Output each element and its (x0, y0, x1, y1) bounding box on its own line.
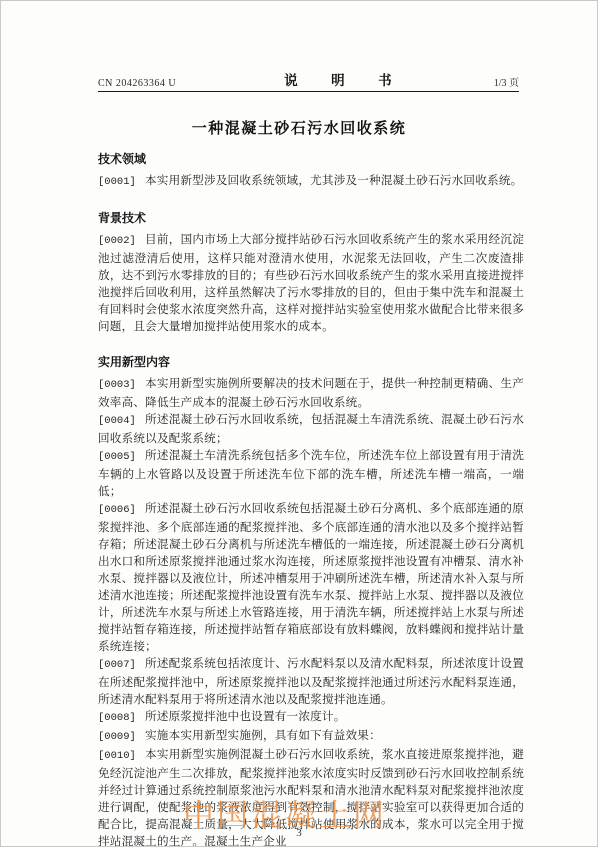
page-header: CN 204263364 U 说 明 书 1/3 页 (98, 69, 519, 89)
paragraph-number: [0001] (98, 174, 145, 191)
paragraph-0003: [0003]本实用新型实施例所要解决的技术问题在于，提供一种控制更精确、生产效率… (98, 375, 524, 411)
paragraph-number: [0010] (98, 748, 145, 765)
paragraph-0004: [0004]所述混凝土砂石污水回收系统，包括混凝土车清洗系统、混凝土砂石污水回收… (98, 411, 524, 447)
paragraph-text: 实施本实用新型实施例，具有如下有益效果： (145, 729, 381, 742)
paragraph-number: [0002] (98, 233, 145, 250)
section-heading-technical-field: 技术领域 (98, 151, 524, 168)
paragraph-text: 所述配浆系统包括浓度计、污水配料泵以及清水配料泵，所述浓度计设置在所述配浆搅拌池… (98, 657, 524, 706)
section-utility-model-content: 实用新型内容 [0003]本实用新型实施例所要解决的技术问题在于，提供一种控制更… (98, 354, 524, 847)
paragraph-0006: [0006]所述混凝土砂石污水回收系统包括混凝土砂石分离机、多个底部连通的原浆搅… (98, 500, 524, 655)
paragraph-text: 所述混凝土砂石污水回收系统包括混凝土砂石分离机、多个底部连通的原浆搅拌池、多个底… (98, 502, 524, 653)
paragraph-text: 本实用新型涉及回收系统领域，尤其涉及一种混凝土砂石污水回收系统。 (145, 174, 522, 187)
section-heading-background-art: 背景技术 (98, 210, 524, 227)
patent-title: 一种混凝土砂石污水回收系统 (1, 117, 597, 138)
paragraph-text: 所述混凝土车清洗系统包括多个洗车位，所述洗车位上部设置有用于清洗车辆的上水管路以… (98, 449, 524, 498)
paragraph-number: [0009] (98, 729, 145, 746)
paragraph-0002: [0002]目前，国内市场上大部分搅拌站砂石污水回收系统产生的浆水采用经沉淀池过… (98, 231, 524, 335)
paragraph-number: [0004] (98, 413, 145, 430)
section-heading-utility-model-content: 实用新型内容 (98, 354, 524, 371)
paragraph-0008: [0008]所述原浆搅拌池中也设置有一浓度计。 (98, 708, 524, 727)
document-number: CN 204263364 U (98, 78, 176, 89)
paragraph-text: 所述混凝土砂石污水回收系统，包括混凝土车清洗系统、混凝土砂石污水回收系统以及配浆… (98, 413, 524, 445)
paragraph-0009: [0009]实施本实用新型实施例，具有如下有益效果： (98, 727, 524, 746)
specification-body: 技术领域 [0001]本实用新型涉及回收系统领域，尤其涉及一种混凝土砂石污水回收… (98, 151, 524, 847)
paragraph-text: 本实用新型实施例所要解决的技术问题在于，提供一种控制更精确、生产效率高、降低生产… (98, 377, 524, 409)
patent-specification-page: CN 204263364 U 说 明 书 1/3 页 一种混凝土砂石污水回收系统… (0, 0, 598, 847)
page-indicator: 1/3 页 (494, 74, 519, 89)
document-type-label: 说 明 书 (284, 69, 402, 89)
header-rule (98, 91, 519, 92)
paragraph-text: 所述原浆搅拌池中也设置有一浓度计。 (145, 710, 346, 723)
paragraph-0005: [0005]所述混凝土车清洗系统包括多个洗车位，所述洗车位上部设置有用于清洗车辆… (98, 447, 524, 500)
paragraph-number: [0008] (98, 710, 145, 727)
paragraph-number: [0003] (98, 377, 145, 394)
paragraph-number: [0007] (98, 657, 145, 674)
section-background-art: 背景技术 [0002]目前，国内市场上大部分搅拌站砂石污水回收系统产生的浆水采用… (98, 210, 524, 335)
paragraph-0001: [0001]本实用新型涉及回收系统领域，尤其涉及一种混凝土砂石污水回收系统。 (98, 172, 524, 191)
section-technical-field: 技术领域 [0001]本实用新型涉及回收系统领域，尤其涉及一种混凝土砂石污水回收… (98, 151, 524, 191)
paragraph-number: [0006] (98, 502, 145, 519)
page-number: 3 (1, 827, 597, 839)
paragraph-0007: [0007]所述配浆系统包括浓度计、污水配料泵以及清水配料泵，所述浓度计设置在所… (98, 655, 524, 708)
paragraph-text: 目前，国内市场上大部分搅拌站砂石污水回收系统产生的浆水采用经沉淀池过滤澄清后使用… (98, 233, 524, 333)
paragraph-number: [0005] (98, 449, 145, 466)
